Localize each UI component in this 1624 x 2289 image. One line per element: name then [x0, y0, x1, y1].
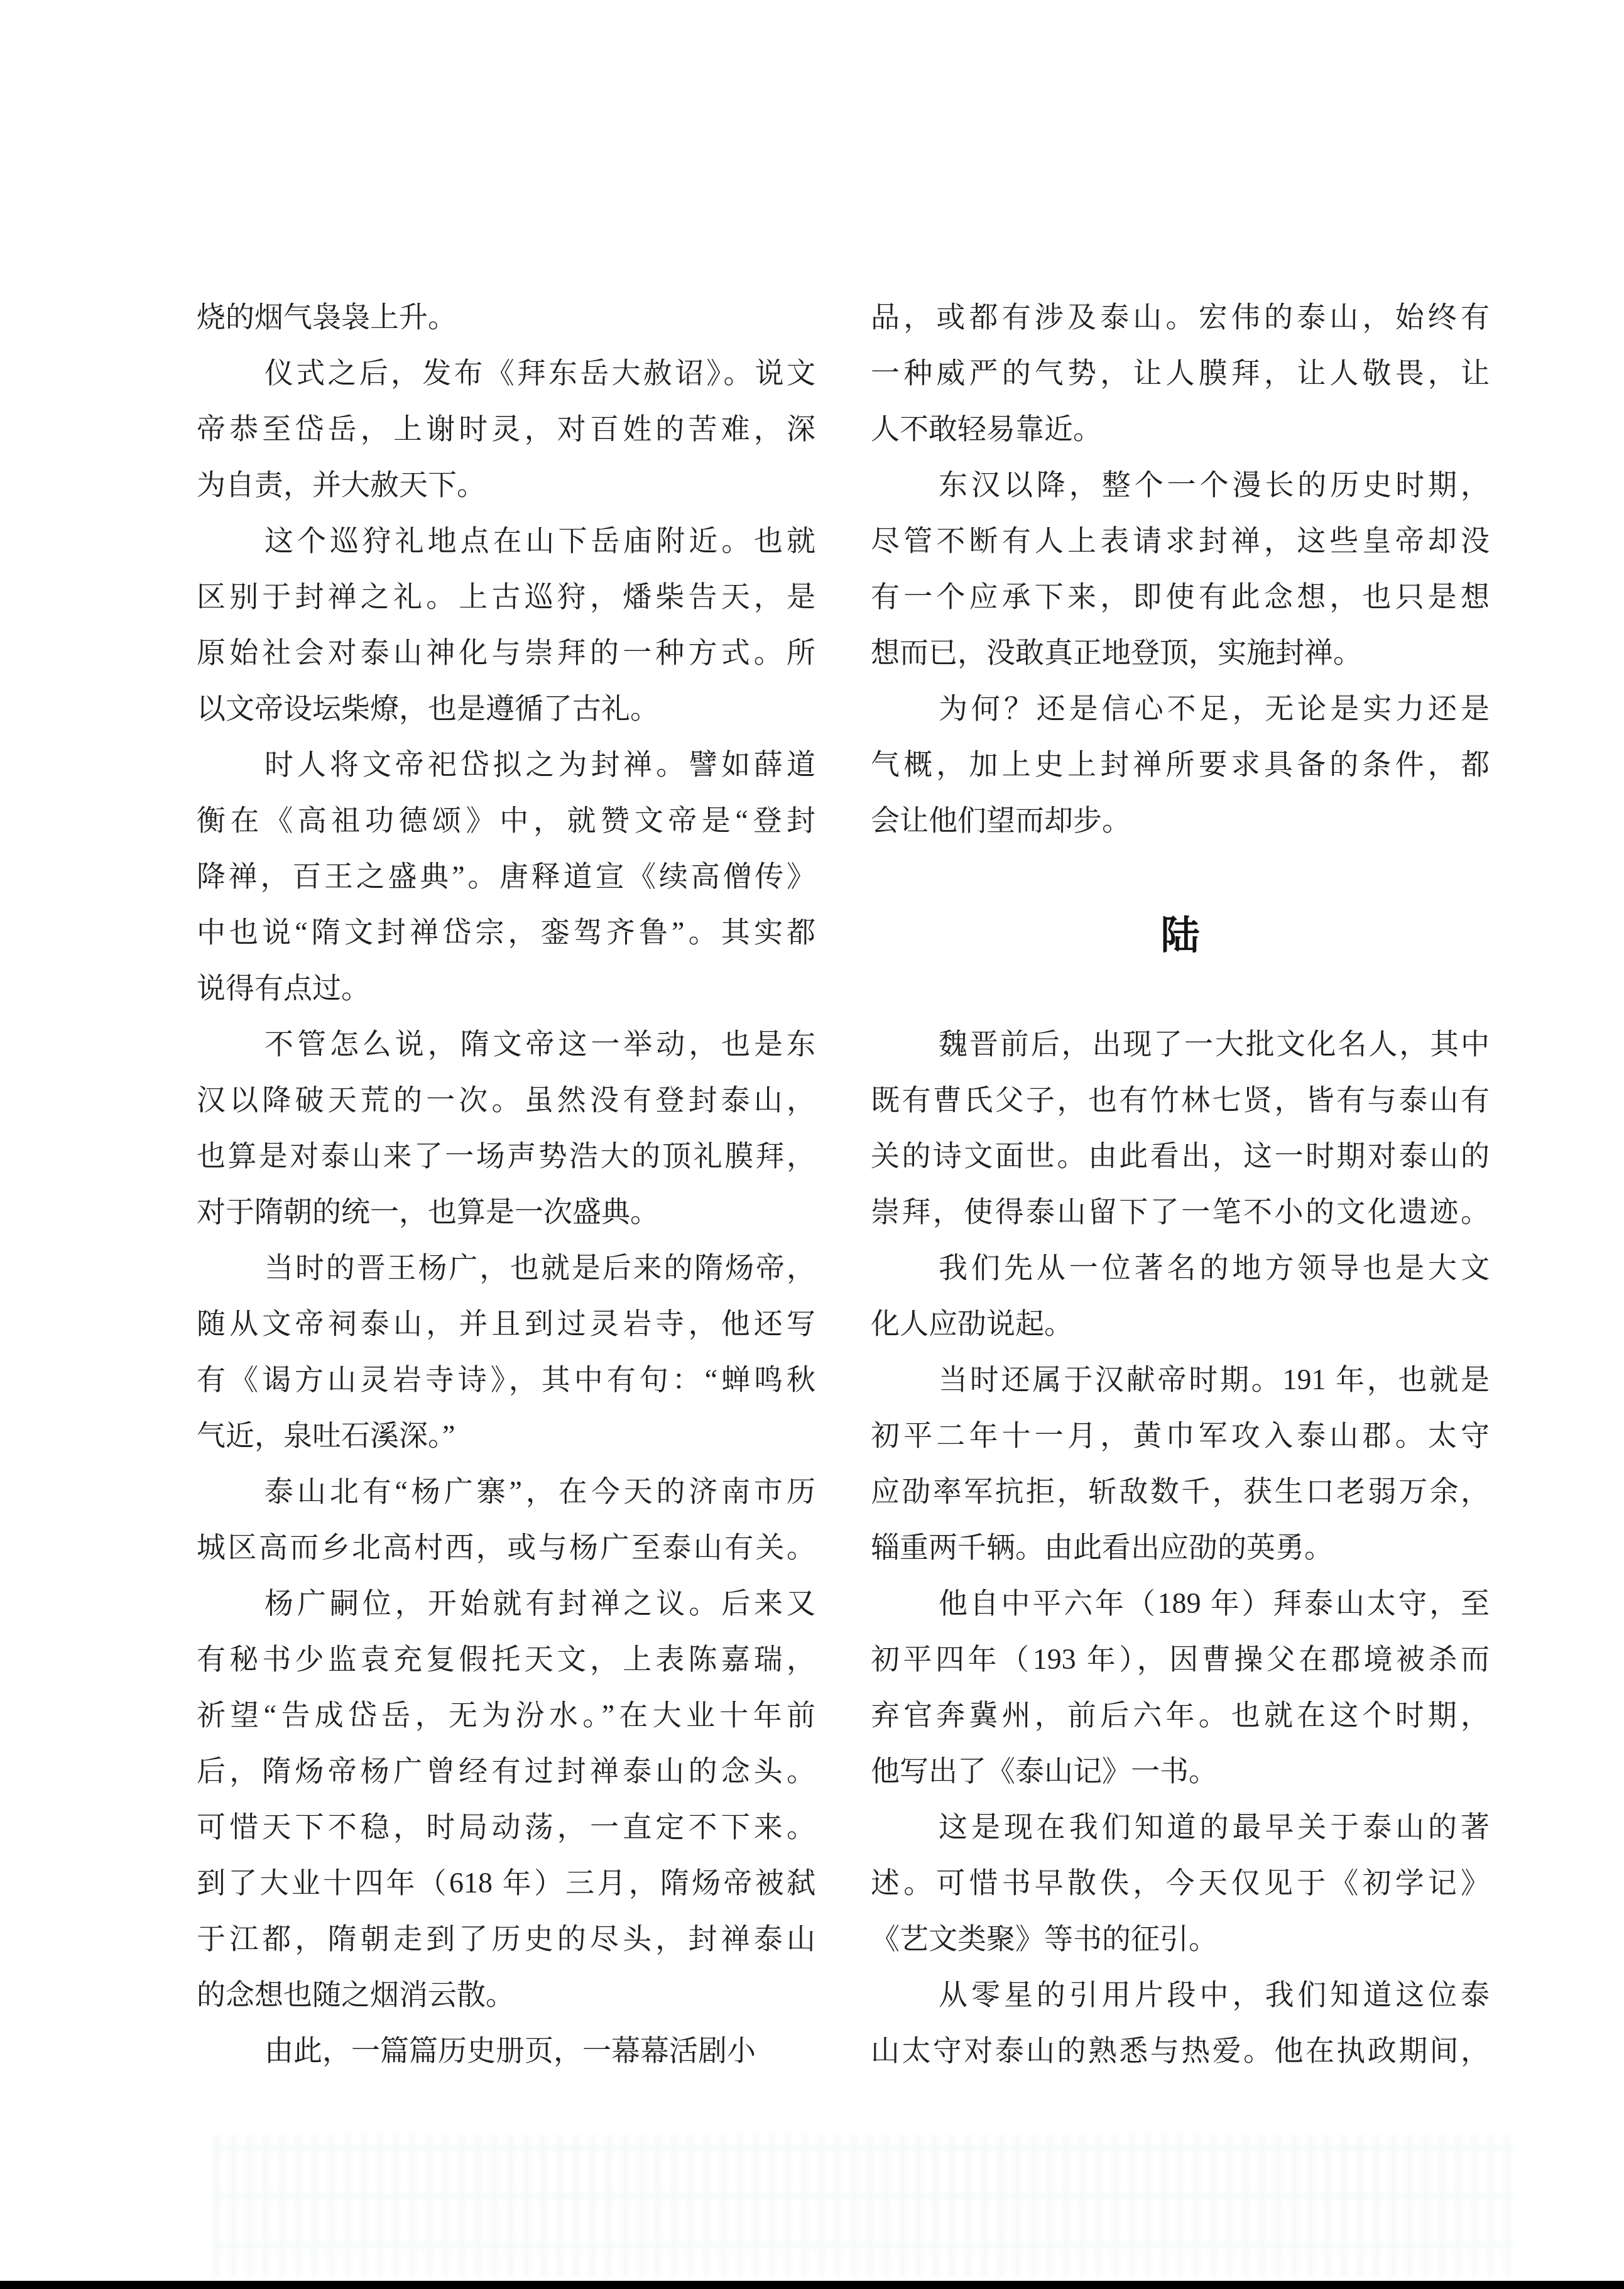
text-line: 弃官奔冀州，前后六年。也就在这个时期， [871, 1687, 1490, 1743]
text-line: 这是现在我们知道的最早关于泰山的著 [871, 1799, 1490, 1855]
text-line: 中也说“隋文封禅岱宗，銮驾齐鲁”。其实都 [197, 904, 815, 960]
text-line: 为何？还是信心不足，无论是实力还是 [871, 680, 1490, 736]
text-line: 由此，一篇篇历史册页，一幕幕活剧小 [197, 2023, 815, 2079]
text-line: 对于隋朝的统一，也算是一次盛典。 [197, 1184, 815, 1240]
text-line: 想而已，没敢真正地登顶，实施封禅。 [871, 625, 1490, 680]
text-line: 初平二年十一月，黄巾军攻入泰山郡。太守 [871, 1407, 1490, 1463]
right-text-column: 品，或都有涉及泰山。宏伟的泰山，始终有一种威严的气势，让人膜拜，让人敬畏，让人不… [871, 289, 1490, 2079]
text-line: 到了大业十四年（618 年）三月，隋炀帝被弑 [197, 1855, 815, 1911]
text-line: 泰山北有“杨广寨”，在今天的济南市历 [197, 1463, 815, 1519]
text-line: 于江都，隋朝走到了历史的尽头，封禅泰山 [197, 1911, 815, 1967]
book-page: 烧的烟气袅袅上升。仪式之后，发布《拜东岳大赦诏》。说文帝恭至岱岳，上谢时灵，对百… [0, 0, 1624, 2289]
text-line: 他写出了《泰山记》一书。 [871, 1743, 1490, 1799]
text-line: 品，或都有涉及泰山。宏伟的泰山，始终有 [871, 289, 1490, 345]
text-line: 有《谒方山灵岩寺诗》，其中有句：“蝉鸣秋 [197, 1352, 815, 1407]
text-line: 原始社会对泰山神化与崇拜的一种方式。所 [197, 625, 815, 680]
text-line: 关的诗文面世。由此看出，这一时期对泰山的 [871, 1128, 1490, 1184]
text-line: 既有曹氏父子，也有竹林七贤，皆有与泰山有 [871, 1072, 1490, 1128]
text-line: 衡在《高祖功德颂》中，就赞文帝是“登封 [197, 792, 815, 848]
text-line: 城区高而乡北高村西，或与杨广至泰山有关。 [197, 1519, 815, 1575]
text-line: 杨广嗣位，开始就有封禅之议。后来又 [197, 1575, 815, 1631]
text-line: 烧的烟气袅袅上升。 [197, 289, 815, 345]
text-line: 辎重两千辆。由此看出应劭的英勇。 [871, 1519, 1490, 1575]
text-line: 时人将文帝祀岱拟之为封禅。譬如薛道 [197, 736, 815, 792]
text-line: 这个巡狩礼地点在山下岳庙附近。也就 [197, 513, 815, 569]
text-line: 有一个应承下来，即使有此念想，也只是想 [871, 569, 1490, 625]
text-line: 魏晋前后，出现了一大批文化名人，其中 [871, 1016, 1490, 1072]
text-line: 从零星的引用片段中，我们知道这位泰 [871, 1967, 1490, 2023]
left-text-column: 烧的烟气袅袅上升。仪式之后，发布《拜东岳大赦诏》。说文帝恭至岱岳，上谢时灵，对百… [197, 289, 815, 2079]
text-line: 述。可惜书早散佚，今天仅见于《初学记》 [871, 1855, 1490, 1911]
text-line: 应劭率军抗拒，斩敌数千，获生口老弱万余， [871, 1463, 1490, 1519]
text-line: 以文帝设坛柴燎，也是遵循了古礼。 [197, 680, 815, 736]
page-bleedthrough-ghost [214, 2134, 1514, 2277]
section-heading: 陆 [1160, 904, 1199, 960]
text-line: 气概，加上史上封禅所要求具备的条件，都 [871, 736, 1490, 792]
text-line: 随从文帝祠泰山，并且到过灵岩寺，他还写 [197, 1296, 815, 1352]
text-line: 可惜天下不稳，时局动荡，一直定不下来。 [197, 1799, 815, 1855]
text-line: 会让他们望而却步。 [871, 792, 1490, 848]
text-line: 也算是对泰山来了一场声势浩大的顶礼膜拜， [197, 1128, 815, 1184]
section-heading-block: 陆 [871, 848, 1490, 1016]
text-line: 帝恭至岱岳，上谢时灵，对百姓的苦难，深 [197, 401, 815, 457]
text-line: 当时的晋王杨广，也就是后来的隋炀帝， [197, 1240, 815, 1296]
text-line: 东汉以降，整个一个漫长的历史时期， [871, 457, 1490, 513]
text-line: 崇拜，使得泰山留下了一笔不小的文化遗迹。 [871, 1184, 1490, 1240]
text-line: 仪式之后，发布《拜东岳大赦诏》。说文 [197, 345, 815, 401]
text-line: 他自中平六年（189 年）拜泰山太守，至 [871, 1575, 1490, 1631]
text-line: 《艺文类聚》等书的征引。 [871, 1911, 1490, 1967]
text-line: 后，隋炀帝杨广曾经有过封禅泰山的念头。 [197, 1743, 815, 1799]
text-line: 区别于封禅之礼。上古巡狩，燔柴告天，是 [197, 569, 815, 625]
text-line: 汉以降破天荒的一次。虽然没有登封泰山， [197, 1072, 815, 1128]
text-line: 化人应劭说起。 [871, 1296, 1490, 1352]
text-line: 祈望“告成岱岳，无为汾水。”在大业十年前 [197, 1687, 815, 1743]
text-line: 山太守对泰山的熟悉与热爱。他在执政期间， [871, 2023, 1490, 2079]
text-line: 的念想也随之烟消云散。 [197, 1967, 815, 2023]
text-line: 初平四年（193 年），因曹操父在郡境被杀而 [871, 1631, 1490, 1687]
text-line: 气近，泉吐石溪深。” [197, 1407, 815, 1463]
text-line: 一种威严的气势，让人膜拜，让人敬畏，让 [871, 345, 1490, 401]
text-line: 当时还属于汉献帝时期。191 年，也就是 [871, 1352, 1490, 1407]
text-line: 人不敢轻易靠近。 [871, 401, 1490, 457]
bottom-edge-bar [0, 2281, 1624, 2289]
text-line: 说得有点过。 [197, 960, 815, 1016]
text-line: 降禅，百王之盛典”。唐释道宣《续高僧传》 [197, 848, 815, 904]
text-line: 有秘书少监袁充复假托天文，上表陈嘉瑞， [197, 1631, 815, 1687]
text-line: 不管怎么说，隋文帝这一举动，也是东 [197, 1016, 815, 1072]
text-line: 为自责，并大赦天下。 [197, 457, 815, 513]
text-line: 尽管不断有人上表请求封禅，这些皇帝却没 [871, 513, 1490, 569]
text-line: 我们先从一位著名的地方领导也是大文 [871, 1240, 1490, 1296]
